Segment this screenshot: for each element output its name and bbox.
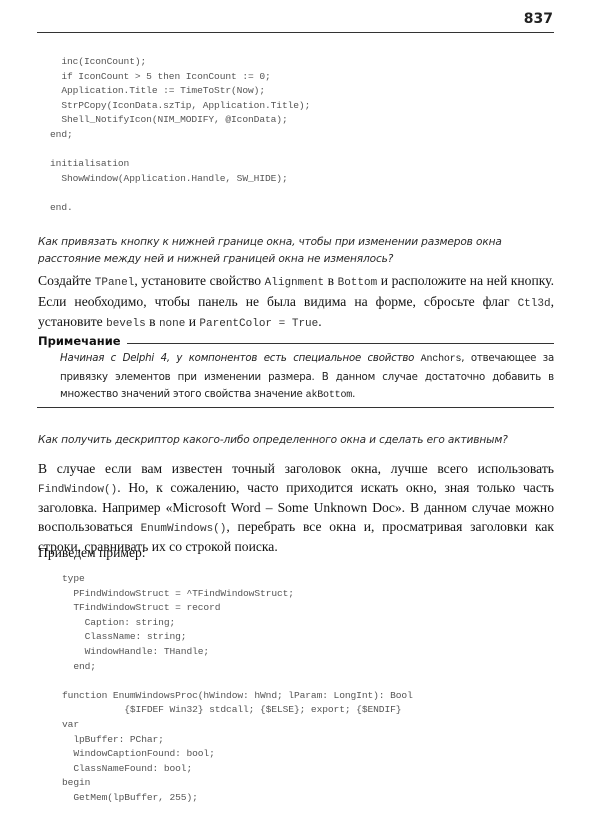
- text: , установите свойство: [134, 273, 264, 288]
- text: .: [318, 314, 321, 329]
- answer-1: Создайте TPanel, установите свойство Ali…: [38, 272, 554, 334]
- code-term: Alignment: [265, 277, 324, 289]
- text: .: [352, 389, 355, 400]
- code-term: Ctl3d: [518, 298, 551, 310]
- text: Создайте: [38, 273, 95, 288]
- question-1: Как привязать кнопку к нижней границе ок…: [38, 234, 558, 268]
- code-term: TPanel: [95, 277, 135, 289]
- code-term: akBottom: [306, 390, 352, 401]
- code-term: Bottom: [338, 277, 378, 289]
- code-term: none: [159, 318, 185, 330]
- note-bottom-rule: [37, 407, 554, 408]
- note-title-rule: [120, 343, 554, 344]
- code-term: ParentColor = True: [199, 318, 318, 330]
- answer-2: В случае если вам известен точный заголо…: [38, 460, 554, 557]
- note-body: Начиная с Delphi 4, у компонентов есть с…: [60, 350, 554, 405]
- page-number: 837: [524, 11, 553, 27]
- code-block-1: inc(IconCount); if IconCount > 5 then Ic…: [50, 55, 310, 216]
- code-term: FindWindow(): [38, 484, 117, 496]
- note-italic-text: Начиная с Delphi 4, у компонентов есть с…: [60, 353, 414, 364]
- text: В случае если вам известен точный заголо…: [38, 461, 554, 476]
- question-2: Как получить дескриптор какого-либо опре…: [38, 432, 558, 449]
- text: и: [185, 314, 199, 329]
- note-title: Примечание: [38, 334, 127, 348]
- code-term: bevels: [106, 318, 146, 330]
- code-term: Anchors: [421, 354, 462, 365]
- code-term: EnumWindows(): [141, 523, 227, 535]
- code-block-2: type PFindWindowStruct = ^TFindWindowStr…: [62, 572, 413, 806]
- text: в: [146, 314, 159, 329]
- header-rule: [37, 32, 554, 33]
- text: в: [324, 273, 338, 288]
- example-intro: Приведем пример:: [38, 544, 554, 563]
